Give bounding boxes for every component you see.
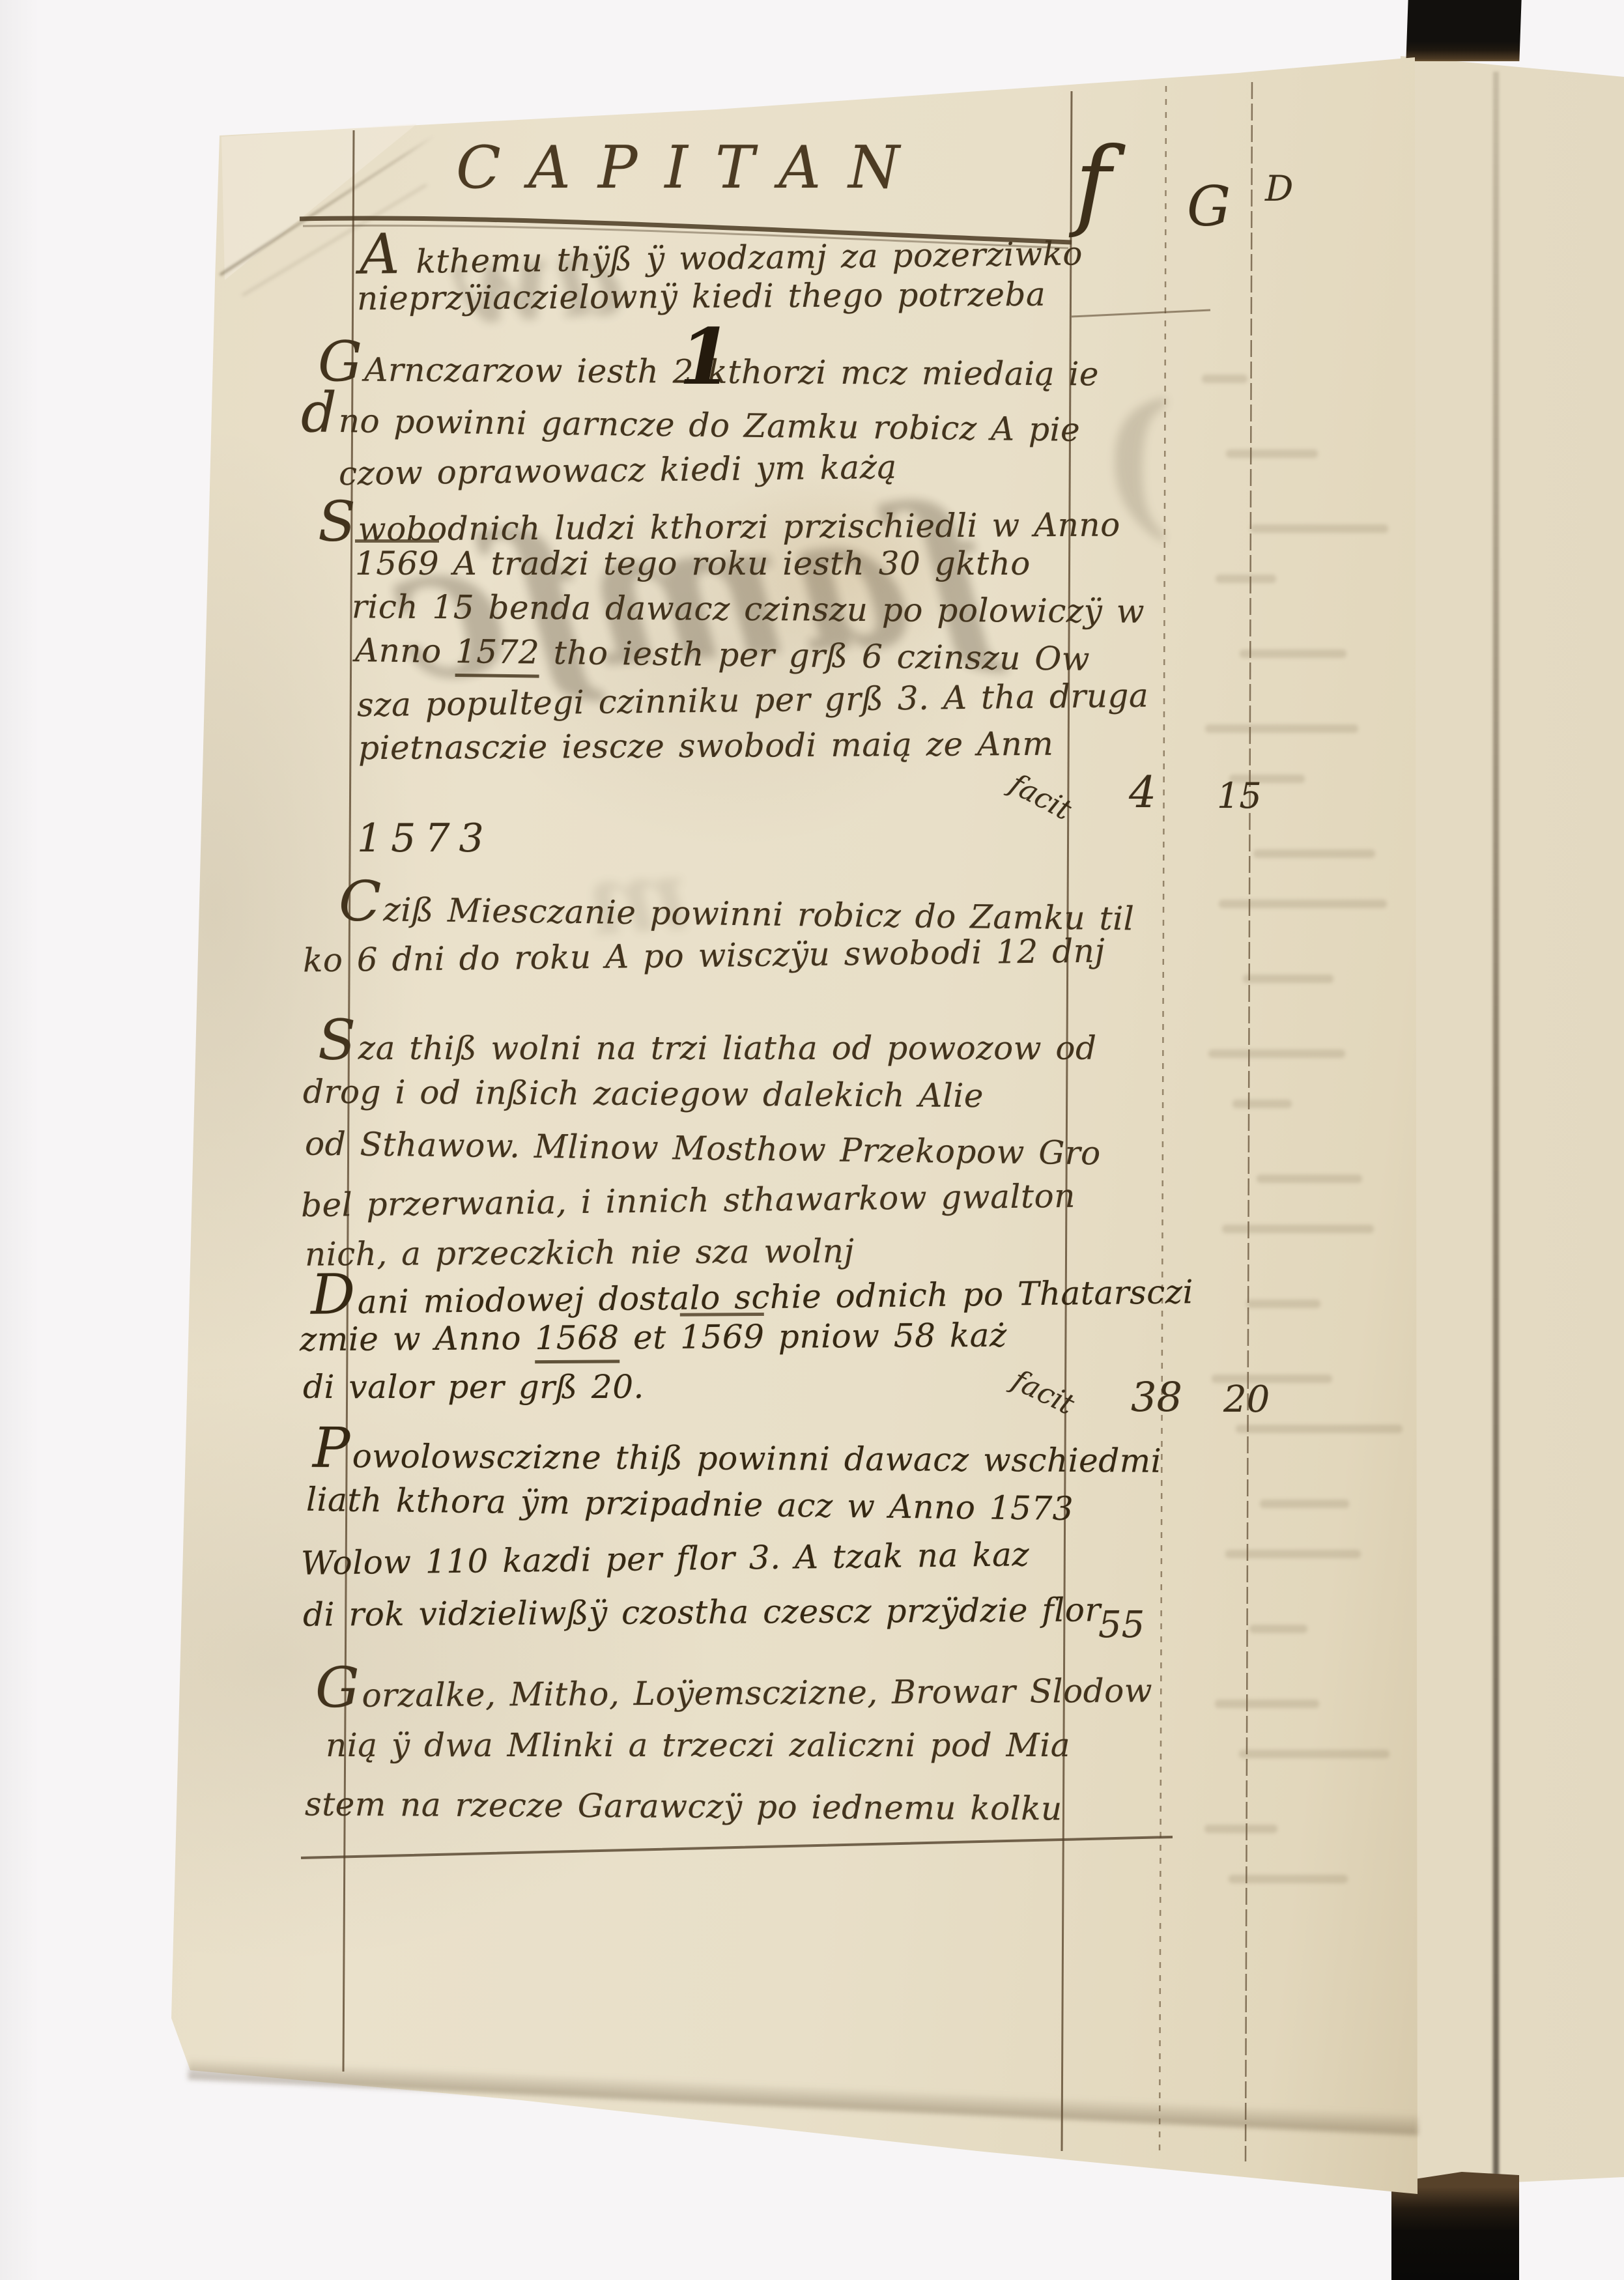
show-through-text-smudge <box>1250 524 1388 533</box>
para-6-line-3: di valor per grß 20. <box>303 1368 644 1406</box>
show-through-text-smudge <box>1232 1100 1292 1108</box>
swash-initial: D <box>310 1262 356 1328</box>
show-through-text-smudge <box>1216 575 1276 583</box>
col-header-g: G <box>1187 175 1231 238</box>
para-8-line-2: nią ÿ dwa Mlinki a trzeczi zaliczni pod … <box>326 1726 1070 1764</box>
show-through-text-smudge <box>1222 1225 1374 1233</box>
value-f-2: 38 <box>1131 1373 1182 1421</box>
show-through-text-smudge <box>1226 449 1318 458</box>
swash-initial: G <box>315 1656 360 1720</box>
show-through-text-smudge <box>1212 1375 1332 1383</box>
page-title: CAPITAN <box>456 134 927 202</box>
para-7-line-1: Powolowsczizne thiß powinni dawacz wschi… <box>357 1428 1162 1480</box>
para-3-line-3: rich 15 benda dawacz czinszu po polowicz… <box>352 588 1145 630</box>
scanned-manuscript-page: ſamſc aw ) m A kthemu thÿß ÿ wodzamj za … <box>0 0 1624 2280</box>
para-7-line-4: di rok vidzieliwßÿ czostha czescz przÿdz… <box>303 1591 1101 1633</box>
show-through-text-smudge <box>1215 1700 1319 1708</box>
show-through-text-smudge <box>1208 1049 1345 1058</box>
para-8-line-3: stem na rzecze Garawczÿ po iednemu kolku <box>305 1785 1062 1827</box>
para-5-line-2: drog i od inßich zaciegow dalekich Alie <box>303 1073 984 1115</box>
para-2-line-3: czow oprawowacz kiedi ym każą <box>339 448 897 492</box>
show-through-text-smudge <box>1225 1550 1361 1558</box>
para-1-line-1: A kthemu thÿß ÿ wodzamj za pozerziwko <box>360 225 1083 281</box>
col-header-d: D <box>1265 168 1293 209</box>
show-through-text-smudge <box>1246 1300 1320 1308</box>
column-line-d <box>1246 82 1252 2161</box>
para-5-line-1: Sza thiß wolni na trzi liatha od powozow… <box>362 1020 1097 1067</box>
swash-initial: A <box>359 222 400 287</box>
para-6-line-2: zmie w Anno 1568 et 1569 pniow 58 każ <box>300 1317 1007 1359</box>
show-through-text-smudge <box>1257 1175 1362 1183</box>
para-4-line-1: Cziß Miesczanie powinni robicz do Zamku … <box>339 881 1135 938</box>
col-header-f: f <box>1075 127 1111 240</box>
show-through-text-smudge <box>1204 1825 1277 1833</box>
show-through-text-smudge <box>1205 724 1358 733</box>
show-through-text-smudge <box>1236 1425 1403 1433</box>
swash-initial: C <box>338 870 382 935</box>
show-through-text-smudge <box>1253 849 1375 858</box>
show-through-text-smudge <box>1240 649 1346 658</box>
show-through-text-smudge <box>1243 975 1333 983</box>
para-3-line-4: Anno 1572 tho iesth per grß 6 czinszu Ow <box>355 631 1090 678</box>
value-f-1: 4 <box>1129 767 1156 818</box>
value-f-3: 55 <box>1098 1604 1145 1646</box>
para-5-line-5: nich, a przeczkich nie sza wolnj <box>305 1232 855 1273</box>
year-note-1573: 1573 <box>357 816 493 861</box>
show-through-text-smudge <box>1229 1875 1348 1883</box>
value-g-2: 20 <box>1223 1378 1270 1421</box>
swash-initial: d <box>300 380 337 446</box>
show-through-text-smudge <box>1229 775 1305 783</box>
swash-initial: P <box>313 1416 350 1481</box>
para-3-line-1: Swobodnich ludzi kthorzi przischiedli w … <box>362 496 1120 548</box>
show-through-text-smudge <box>1202 375 1247 383</box>
swash-initial: S <box>318 1008 356 1073</box>
show-through-text-smudge <box>1239 1750 1389 1758</box>
header-row-rule <box>1072 310 1210 317</box>
show-through-text-smudge <box>1249 1625 1307 1633</box>
show-through-text-smudge <box>1219 900 1387 908</box>
column-line-g-dashed <box>1160 86 1166 2155</box>
para-8-line-1: Gorzalke, Mitho, Loÿemsczizne, Browar Sl… <box>360 1662 1152 1714</box>
para-3-line-6: pietnasczie iescze swobodi maią ze Anm <box>358 725 1054 767</box>
ink-mark-1: 1 <box>679 311 732 402</box>
para-3-line-2: 1569 A tradzi tego roku iesth 30 gktho <box>355 545 1031 582</box>
bottom-rule <box>301 1837 1173 1858</box>
show-through-text-smudge <box>1260 1500 1349 1508</box>
swash-initial: S <box>318 490 356 554</box>
column-line-f <box>1062 91 1072 2151</box>
